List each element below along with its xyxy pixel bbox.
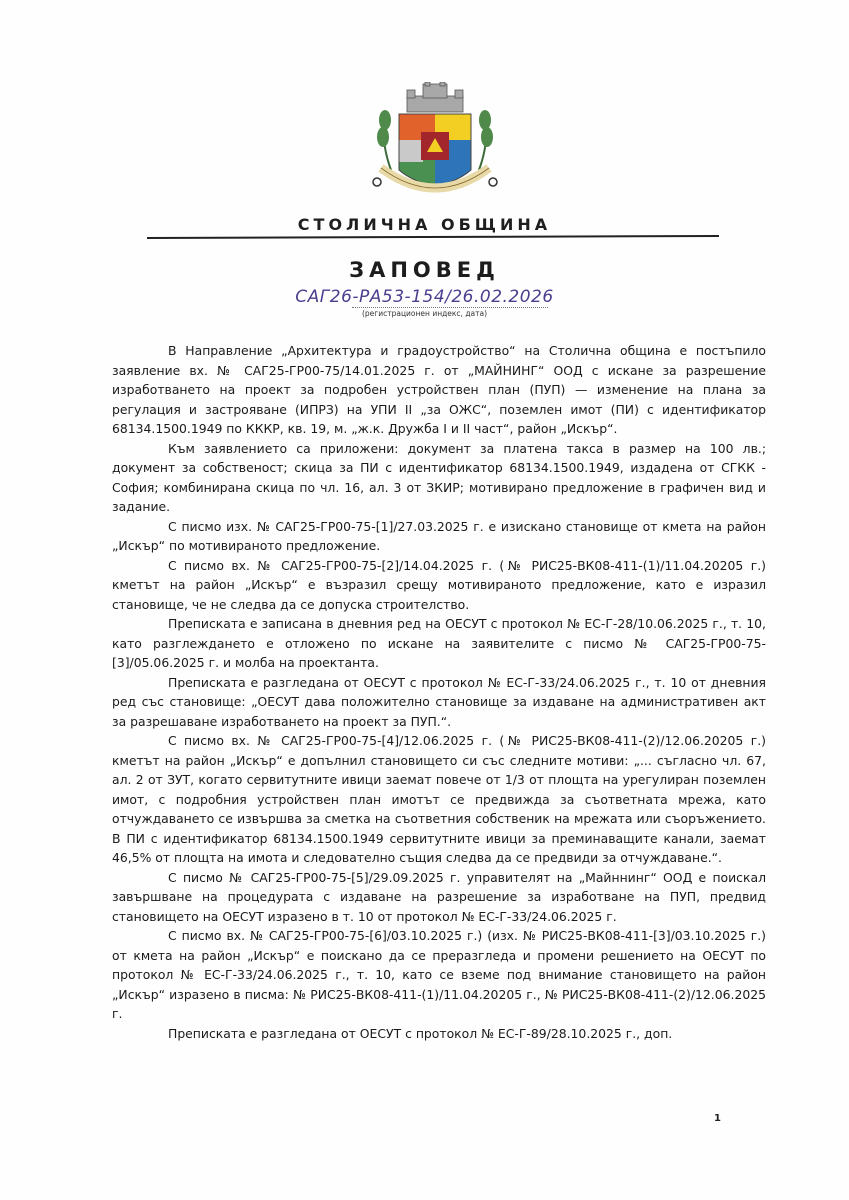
document-title: ЗАПОВЕД [0, 258, 849, 282]
paragraph: Към заявлението са приложени: документ з… [112, 439, 766, 517]
paragraph: Преписката е записана в дневния ред на О… [112, 614, 766, 673]
sofia-coat-of-arms-icon [365, 82, 505, 200]
registration-underline [352, 307, 548, 308]
document-page: СТОЛИЧНА ОБЩИНА ЗАПОВЕД САГ26-РА53-154/2… [0, 0, 849, 1200]
registration-label: (регистрационен индекс, дата) [0, 309, 849, 318]
page-number: 1 [714, 1113, 721, 1124]
paragraph: Преписката е разгледана от ОЕСУТ с прото… [112, 1024, 766, 1044]
header-divider [147, 235, 719, 239]
registration-index: САГ26-РА53-154/26.02.2026 [0, 287, 849, 307]
paragraph: В Направление „Архитектура и градоустрой… [112, 341, 766, 439]
paragraph: С писмо вх. № САГ25-ГР00-75-[2]/14.04.20… [112, 556, 766, 615]
document-body: В Направление „Архитектура и градоустрой… [112, 341, 766, 1043]
paragraph: С писмо № САГ25-ГР00-75-[5]/29.09.2025 г… [112, 868, 766, 927]
paragraph: Преписката е разгледана от ОЕСУТ с прото… [112, 673, 766, 732]
paragraph: С писмо изх. № САГ25-ГР00-75-[1]/27.03.2… [112, 517, 766, 556]
paragraph: С писмо вх. № САГ25-ГР00-75-[6]/03.10.20… [112, 926, 766, 1024]
organization-name: СТОЛИЧНА ОБЩИНА [0, 215, 849, 234]
paragraph: С писмо вх. № САГ25-ГР00-75-[4]/12.06.20… [112, 731, 766, 868]
